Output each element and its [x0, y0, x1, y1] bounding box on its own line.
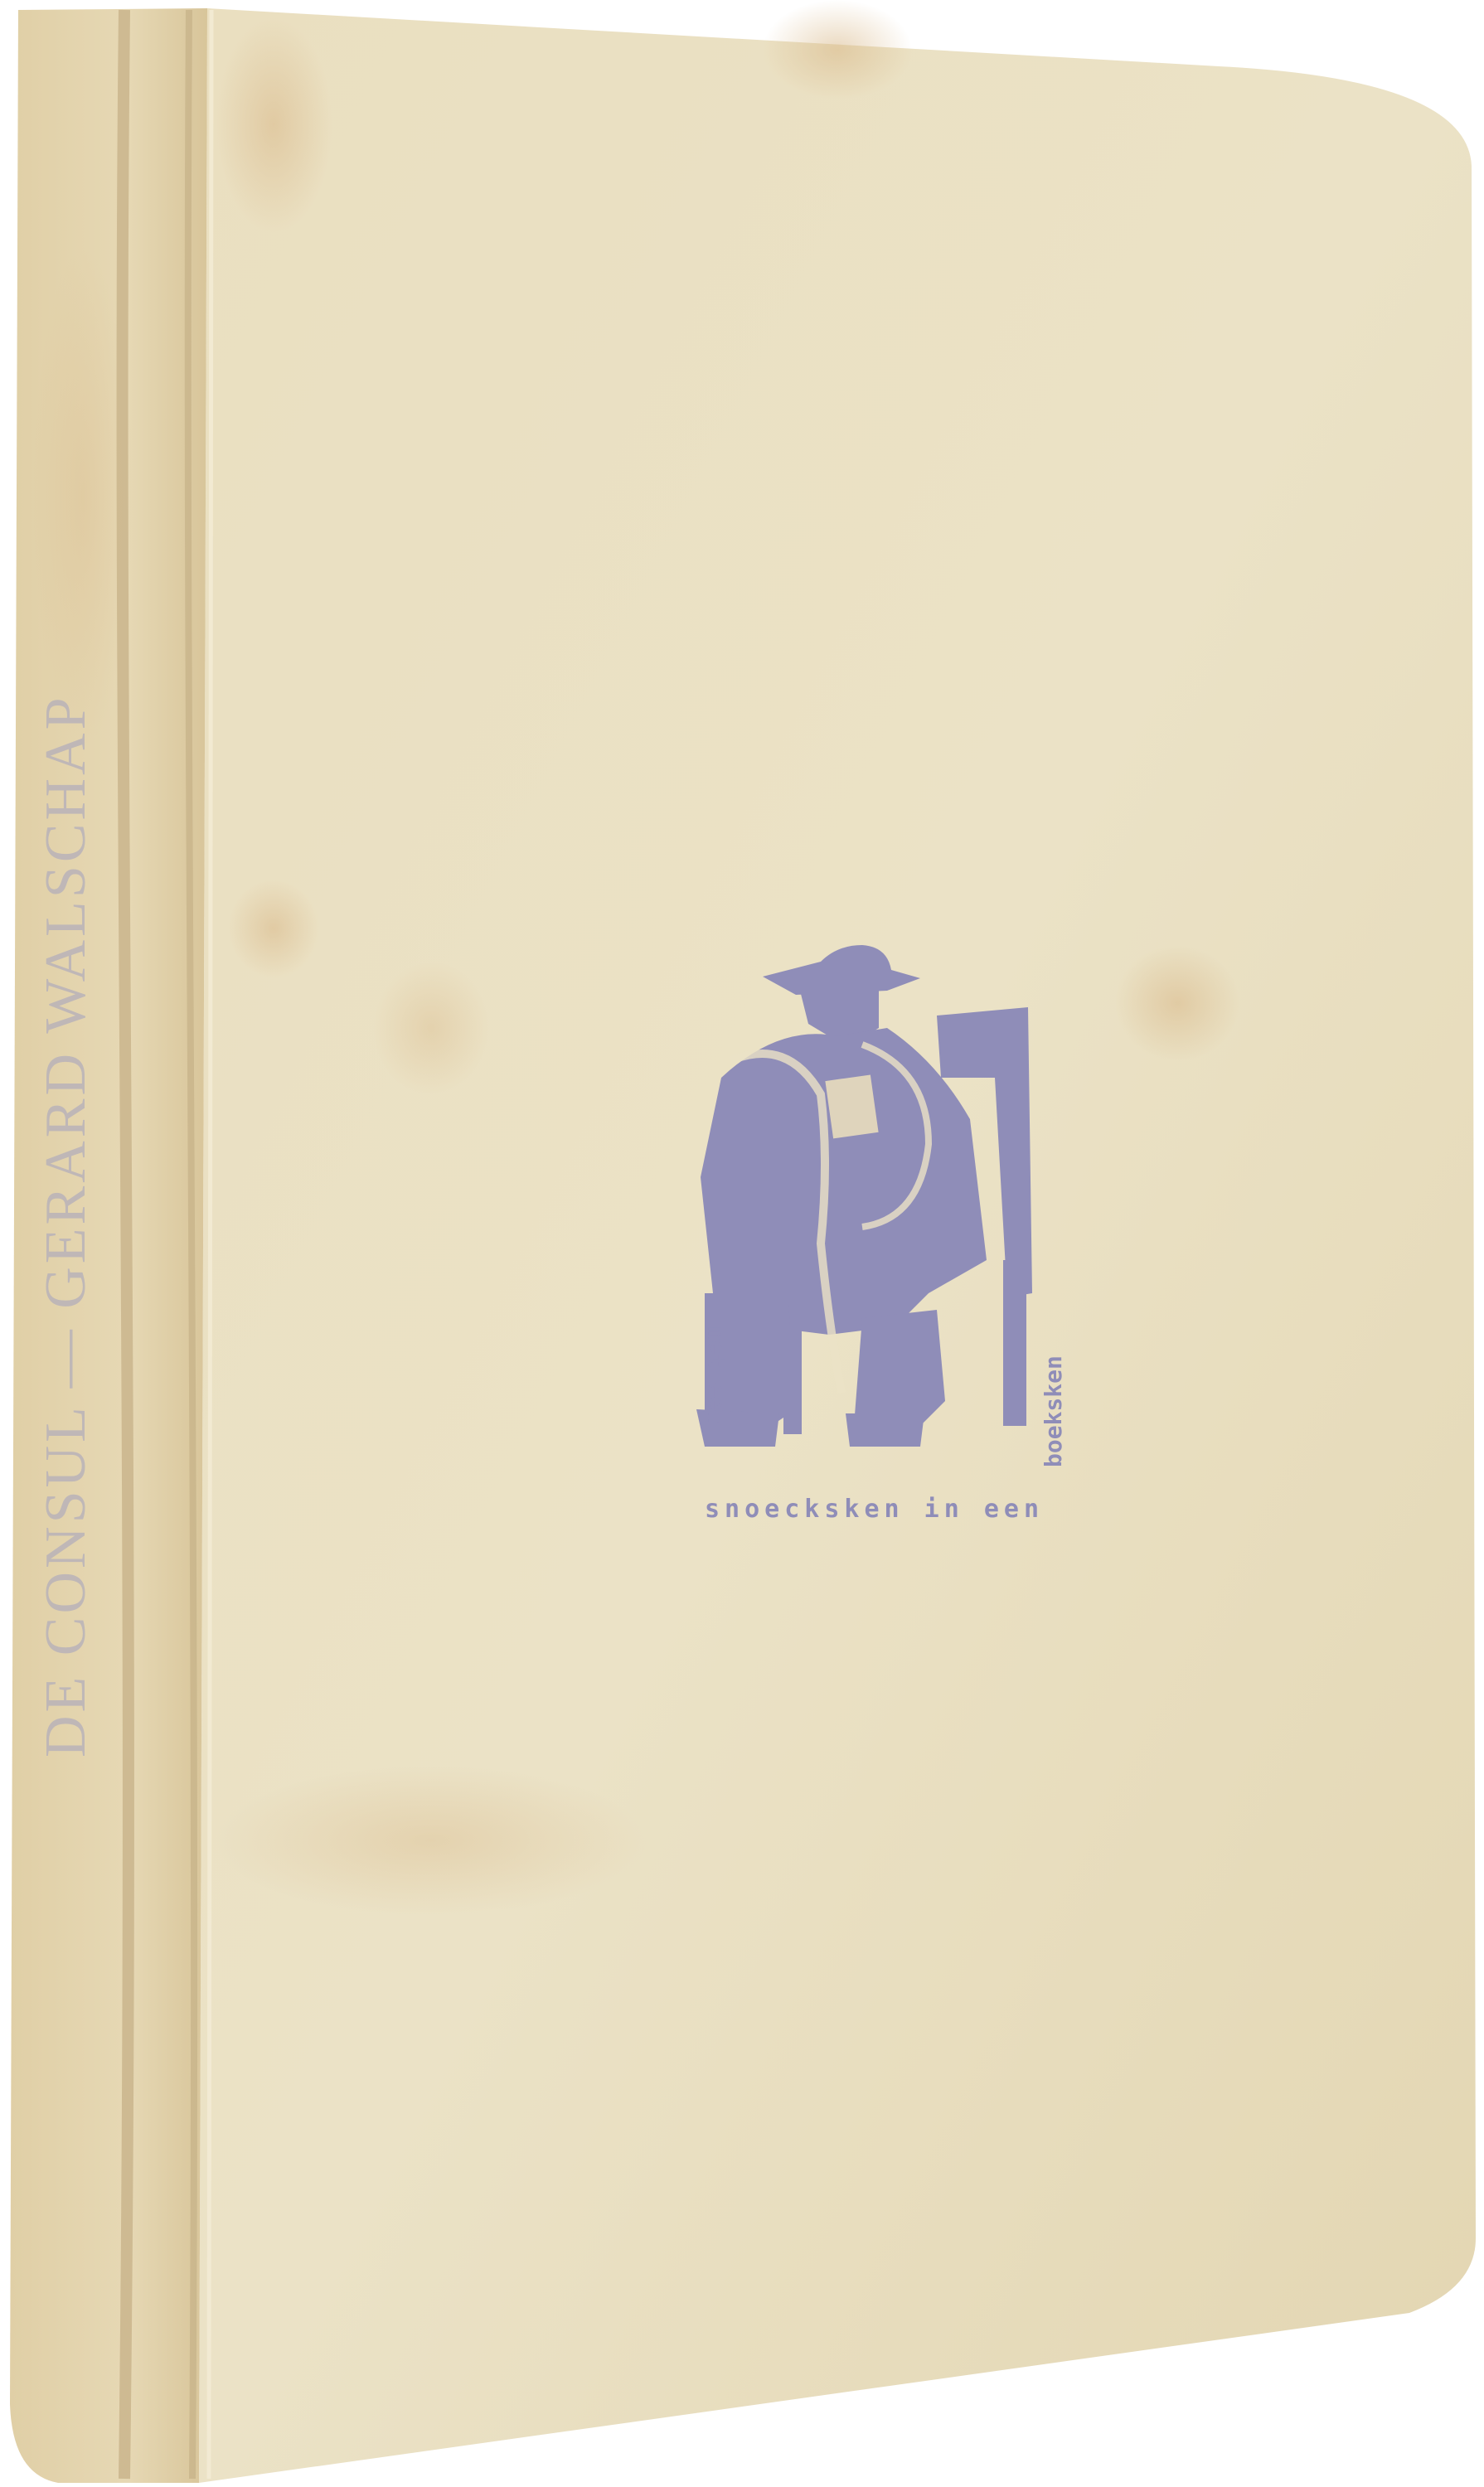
spine-title: DE CONSUL — GERARD WALSCHAP [33, 694, 99, 1757]
mark-text-bottom: snoecksken in een [705, 1495, 1044, 1524]
mark-text-left: met een [703, 1326, 730, 1424]
mark-text-right: boeksken [1040, 1355, 1067, 1467]
book-photo: met een snoecksken in een boeksken [0, 0, 1484, 2487]
